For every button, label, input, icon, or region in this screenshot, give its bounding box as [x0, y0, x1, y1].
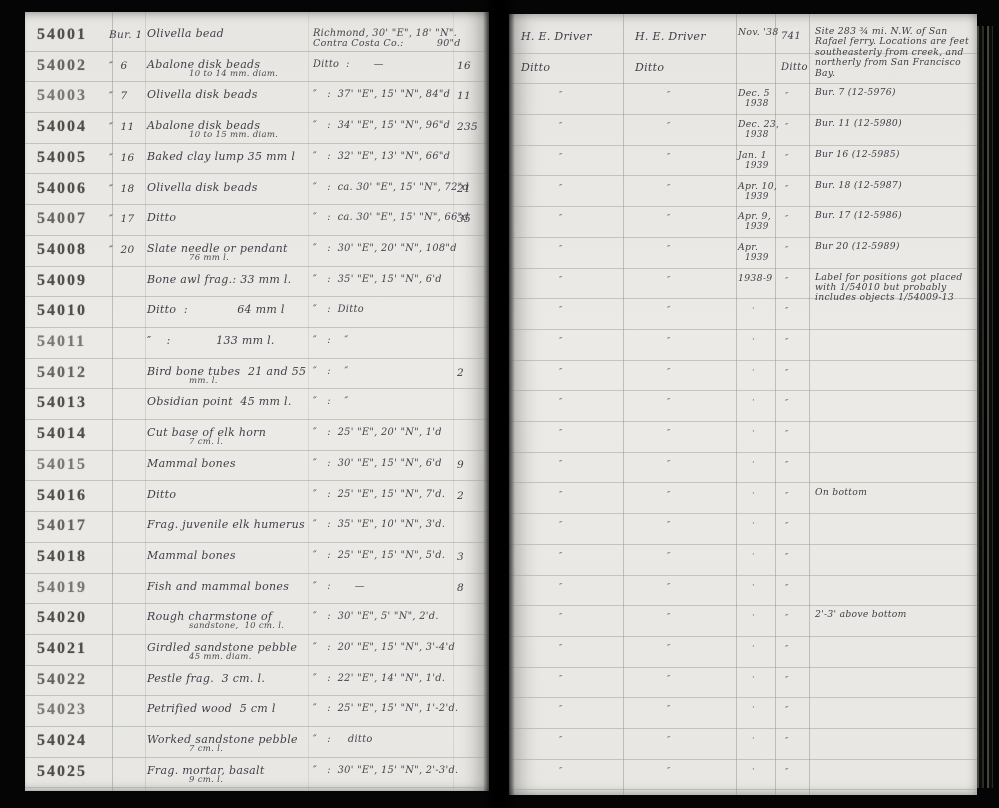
date-line1: 1938-9 — [738, 273, 773, 284]
ledger-row: H. E. DriverH. E. DriverNov. '38741Site … — [509, 22, 977, 54]
collector-cell: ″ — [521, 583, 563, 593]
locality-cell: ″ : ″ — [313, 335, 348, 345]
remarks-cell: Bur. 17 (12-5986) — [815, 211, 977, 221]
remarks-cell: On bottom — [815, 488, 977, 498]
determiner-cell: ″ — [635, 245, 671, 255]
description-cell: Slate needle or pendant76 mm l. — [147, 242, 288, 263]
accession-cell: ″ — [781, 338, 789, 348]
locality-cell: ″ : 22' "E", 14' "N", 1'd. — [313, 673, 445, 683]
count-cell: 2 — [457, 367, 464, 379]
date-line2: 1939 — [738, 192, 782, 202]
count-cell: 8 — [457, 582, 464, 594]
description-text: Olivella disk beads — [147, 181, 258, 194]
collector-cell: ″ — [521, 214, 563, 224]
locality-line1: ″ : 30' "E", 5' "N", 2'd. — [313, 611, 439, 622]
locality-line1: ″ : 37' "E", 15' "N", 84"d — [313, 89, 450, 100]
collector-cell: Ditto — [521, 61, 550, 74]
locality-cell: ″ : 35' "E", 10' "N", 3'd. — [313, 519, 445, 529]
ledger-row: ″″·″ — [509, 575, 977, 607]
collector-cell: ″ — [521, 460, 563, 470]
ledger-row: ″″Dec. 51938″Bur. 7 (12-5976) — [509, 83, 977, 115]
accession-cell: ″ — [781, 369, 789, 379]
date-line1: Dec. 23, — [738, 119, 779, 130]
collector-cell: ″ — [521, 337, 563, 347]
accession-cell: 741 — [781, 31, 801, 42]
locality-cell: Ditto : — — [313, 59, 384, 69]
ledger-row: 54019Fish and mammal bones″ : —8 — [25, 573, 489, 605]
description-text: Olivella bead — [147, 27, 224, 40]
ledger-row: ″″Apr.1939″Bur 20 (12-5989) — [509, 237, 977, 269]
ledger-row: ″″·″ — [509, 759, 977, 791]
ledger-row: ″″·″ — [509, 360, 977, 392]
ledger-row: 54013Obsidian point 45 mm l.″ : ″ — [25, 388, 489, 420]
ledger-row: 54006″ 18Olivella disk beads″ : ca. 30' … — [25, 174, 489, 206]
description-cell: Frag. mortar, basalt9 cm. l. — [147, 764, 265, 785]
accession-cell: ″ — [781, 492, 789, 502]
determiner-cell: ″ — [635, 429, 671, 439]
locality-line1: ″ : 25' "E", 15' "N", 5'd. — [313, 550, 445, 561]
specimen-number: 54023 — [37, 701, 87, 719]
locality-cell: ″ : 30' "E", 15' "N", 2'-3'd. — [313, 765, 458, 775]
locality-line1: ″ : ditto — [313, 734, 373, 745]
description-cell: Ditto : 64 mm l — [147, 303, 285, 314]
accession-cell: Ditto — [781, 62, 808, 73]
determiner-cell: ″ — [635, 214, 671, 224]
specimen-number: 54013 — [37, 394, 87, 412]
collector-cell: ″ — [521, 122, 563, 132]
description-cell: ″ : 133 mm l. — [147, 334, 275, 345]
locality-line1: ″ : ″ — [313, 335, 348, 346]
locality-line1: ″ : 30' "E", 15' "N", 2'-3'd. — [313, 765, 458, 776]
determiner-cell: ″ — [635, 460, 671, 470]
locality-line1: ″ : 30' "E", 20' "N", 108"d — [313, 243, 457, 254]
description-text: Frag. juvenile elk humerus — [147, 518, 305, 531]
specimen-number: 54012 — [37, 364, 87, 382]
date-line2: 1939 — [738, 161, 782, 171]
count-cell: 16 — [457, 60, 471, 72]
date-cell: Dec. 51938 — [738, 89, 782, 109]
description-text: Mammal bones — [147, 549, 236, 562]
accession-cell: ″ — [781, 123, 789, 133]
specimen-number: 54008 — [37, 241, 87, 259]
collector-cell: ″ — [521, 184, 563, 194]
ledger-row: ″″·″ — [509, 667, 977, 699]
date-line1: · — [752, 642, 755, 652]
locality-line1: ″ : 34' "E", 15' "N", 96"d — [313, 120, 450, 131]
description-cell: Bird bone tubes 21 and 55mm. l. — [147, 365, 306, 386]
description-text: Ditto — [147, 488, 176, 501]
description-cell: Ditto — [147, 211, 189, 222]
locality-line1: ″ : ″ — [313, 366, 348, 377]
collector-cell: ″ — [521, 245, 563, 255]
locality-cell: ″ : 30' "E", 5' "N", 2'd. — [313, 611, 439, 621]
date-line1: · — [752, 703, 755, 713]
date-line1: · — [752, 550, 755, 560]
locality-cell: ″ : 25' "E", 15' "N", 7'd. — [313, 489, 445, 499]
description-cell: Obsidian point 45 mm l. — [147, 395, 292, 406]
locality-cell: ″ : ″ — [313, 396, 348, 406]
description-cell: Olivella disk beads — [147, 181, 258, 192]
determiner-cell: ″ — [635, 583, 671, 593]
locality-cell: ″ : 34' "E", 15' "N", 96"d — [313, 120, 450, 130]
ledger-row: 54014Cut base of elk horn7 cm. l.″ : 25'… — [25, 419, 489, 451]
remarks-cell: Bur. 18 (12-5987) — [815, 181, 977, 191]
date-line1: · — [752, 489, 755, 499]
ledger-row: ″″Apr. 10,1939″Bur. 18 (12-5987) — [509, 176, 977, 208]
remarks-cell: Bur. 7 (12-5976) — [815, 88, 977, 98]
ledger-row: 54020Rough charmstone ofsandstone, 10 cm… — [25, 603, 489, 635]
collector-cell: ″ — [521, 613, 563, 623]
determiner-cell: ″ — [635, 521, 671, 531]
burial-cell: ″ 6 — [109, 60, 127, 72]
ledger-left-page: 54001Bur. 1Olivella beadRichmond, 30' "E… — [25, 12, 489, 791]
description-text: Pestle frag. 3 cm. l. — [147, 672, 265, 685]
specimen-number: 54025 — [37, 763, 87, 781]
locality-cell: ″ : Ditto — [313, 304, 364, 314]
ledger-row: ″″·″ — [509, 390, 977, 422]
burial-cell: Bur. 1 — [109, 29, 143, 41]
date-line1: · — [752, 765, 755, 775]
ledger-row: 54011″ : 133 mm l.″ : ″ — [25, 327, 489, 359]
collector-cell: ″ — [521, 491, 563, 501]
date-line1: · — [752, 366, 755, 376]
description-cell: Fish and mammal bones — [147, 580, 289, 591]
collector-cell: ″ — [521, 736, 563, 746]
date-line1: · — [752, 611, 755, 621]
ledger-row: 54003″ 7Olivella disk beads″ : 37' "E", … — [25, 81, 489, 113]
determiner-cell: H. E. Driver — [635, 30, 706, 43]
date-line1: · — [752, 673, 755, 683]
locality-line1: ″ : Ditto — [313, 304, 364, 315]
locality-cell: ″ : 30' "E", 20' "N", 108"d — [313, 243, 457, 253]
locality-line1: ″ : 30' "E", 15' "N", 6'd — [313, 458, 442, 469]
description-text: ″ : 133 mm l. — [147, 334, 275, 347]
specimen-number: 54004 — [37, 118, 87, 136]
locality-line1: ″ : — — [313, 581, 365, 592]
collector-cell: ″ — [521, 398, 563, 408]
date-cell: Apr. 9,1939 — [738, 212, 782, 232]
count-cell: 21 — [457, 183, 471, 195]
date-line1: · — [752, 427, 755, 437]
date-line1: · — [752, 458, 755, 468]
ledger-row: 54025Frag. mortar, basalt9 cm. l.″ : 30'… — [25, 757, 489, 789]
date-line1: Nov. '38 — [738, 27, 779, 38]
date-cell: Apr. 10,1939 — [738, 182, 782, 202]
date-cell: Jan. 11939 — [738, 151, 782, 171]
ledger-row: ″″Jan. 11939″Bur 16 (12-5985) — [509, 145, 977, 177]
burial-cell: ″ 20 — [109, 244, 134, 256]
description-text: Fish and mammal bones — [147, 580, 289, 593]
ledger-row: ″″·″ — [509, 452, 977, 484]
specimen-number: 54014 — [37, 425, 87, 443]
specimen-number: 54007 — [37, 210, 87, 228]
locality-line1: ″ : 35' "E", 10' "N", 3'd. — [313, 519, 445, 530]
collector-cell: ″ — [521, 306, 563, 316]
collector-cell: ″ — [521, 552, 563, 562]
description-cell: Frag. juvenile elk humerus — [147, 518, 305, 529]
locality-cell: ″ : 30' "E", 15' "N", 6'd — [313, 458, 442, 468]
collector-cell: ″ — [521, 521, 563, 531]
ledger-row: ″″·″ — [509, 544, 977, 576]
locality-line1: ″ : 20' "E", 15' "N", 3'-4'd — [313, 642, 455, 653]
accession-cell: ″ — [781, 553, 789, 563]
ledger-row: ″″·″ — [509, 728, 977, 760]
date-line1: · — [752, 581, 755, 591]
burial-cell: ″ 7 — [109, 90, 127, 102]
date-line2: 1939 — [738, 222, 782, 232]
accession-cell: ″ — [781, 645, 789, 655]
description-cell: Bone awl frag.: 33 mm l. — [147, 273, 291, 284]
ledger-row: 54002″ 6Abalone disk beads10 to 14 mm. d… — [25, 51, 489, 83]
ledger-scan: 54001Bur. 1Olivella beadRichmond, 30' "E… — [0, 0, 999, 808]
specimen-number: 54019 — [37, 579, 87, 597]
specimen-number: 54003 — [37, 87, 87, 105]
count-cell: 3 — [457, 551, 464, 563]
specimen-number: 54011 — [37, 333, 86, 351]
determiner-cell: ″ — [635, 153, 671, 163]
description-text: Bird bone tubes 21 and 55 — [147, 365, 306, 378]
locality-cell: ″ : 20' "E", 15' "N", 3'-4'd — [313, 642, 455, 652]
description-cell: Cut base of elk horn7 cm. l. — [147, 426, 266, 447]
collector-cell: ″ — [521, 276, 563, 286]
ledger-row: ″″Dec. 23,1938″Bur. 11 (12-5980) — [509, 114, 977, 146]
accession-cell: ″ — [781, 185, 789, 195]
specimen-number: 54015 — [37, 456, 87, 474]
locality-line1: Ditto : — — [313, 59, 384, 70]
collector-cell: ″ — [521, 91, 563, 101]
determiner-cell: ″ — [635, 613, 671, 623]
locality-line1: ″ : 32' "E", 13' "N", 66"d — [313, 151, 450, 162]
collector-cell: ″ — [521, 767, 563, 777]
accession-cell: ″ — [781, 92, 789, 102]
burial-cell: ″ 17 — [109, 213, 134, 225]
determiner-cell: ″ — [635, 736, 671, 746]
description-cell: Petrified wood 5 cm l — [147, 702, 276, 713]
determiner-cell: ″ — [635, 705, 671, 715]
locality-cell: ″ : 32' "E", 13' "N", 66"d — [313, 151, 450, 161]
burial-cell: ″ 18 — [109, 183, 134, 195]
date-cell: Dec. 23,1938 — [738, 120, 782, 140]
determiner-cell: ″ — [635, 675, 671, 685]
description-cell: Olivella disk beads — [147, 88, 258, 99]
ledger-row: 54004″ 11Abalone disk beads10 to 15 mm. … — [25, 112, 489, 144]
description-text: Mammal bones — [147, 457, 236, 470]
locality-line1: ″ : ca. 30' "E", 15' "N", 66"d — [313, 212, 469, 223]
ledger-row: 54016Ditto″ : 25' "E", 15' "N", 7'd.2 — [25, 481, 489, 513]
accession-cell: ″ — [781, 676, 789, 686]
remarks-cell: Bur. 11 (12-5980) — [815, 119, 977, 129]
accession-cell: ″ — [781, 706, 789, 716]
specimen-number: 54010 — [37, 302, 87, 320]
ledger-row: 54010Ditto : 64 mm l″ : Ditto — [25, 296, 489, 328]
ledger-row: ″″·″On bottom — [509, 483, 977, 515]
locality-cell: ″ : ca. 30' "E", 15' "N", 66"d — [313, 212, 469, 222]
locality-line1: ″ : 35' "E", 15' "N", 6'd — [313, 274, 442, 285]
ledger-row: ″″·″ — [509, 697, 977, 729]
locality-cell: ″ : 25' "E", 15' "N", 1'-2'd. — [313, 703, 458, 713]
date-line1: Apr. — [738, 242, 758, 253]
locality-cell: ″ : 35' "E", 15' "N", 6'd — [313, 274, 442, 284]
accession-cell: ″ — [781, 522, 789, 532]
determiner-cell: ″ — [635, 552, 671, 562]
ledger-row: 54022Pestle frag. 3 cm. l.″ : 22' "E", 1… — [25, 665, 489, 697]
determiner-cell: ″ — [635, 398, 671, 408]
ledger-row: 54021Girdled sandstone pebble45 mm. diam… — [25, 634, 489, 666]
description-text: Baked clay lump 35 mm l — [147, 150, 295, 163]
book-binding — [483, 0, 515, 808]
ledger-row: ″″Apr. 9,1939″Bur. 17 (12-5986) — [509, 206, 977, 238]
ledger-row: 54007″ 17Ditto″ : ca. 30' "E", 15' "N", … — [25, 204, 489, 236]
determiner-cell: ″ — [635, 337, 671, 347]
locality-line2: Contra Costa Co.: 90"d — [313, 38, 461, 49]
accession-cell: ″ — [781, 307, 789, 317]
collector-cell: H. E. Driver — [521, 30, 592, 43]
ledger-row: DittoDittoDitto — [509, 53, 977, 85]
date-line2: 1939 — [738, 253, 782, 263]
burial-cell: ″ 11 — [109, 121, 134, 133]
specimen-number: 54001 — [37, 26, 87, 44]
accession-cell: ″ — [781, 768, 789, 778]
accession-cell: ″ — [781, 430, 789, 440]
burial-cell: ″ 16 — [109, 152, 134, 164]
locality-line1: ″ : 25' "E", 15' "N", 7'd. — [313, 489, 445, 500]
ledger-row: 54023Petrified wood 5 cm l″ : 25' "E", 1… — [25, 695, 489, 727]
count-cell: 35 — [457, 213, 471, 225]
determiner-cell: ″ — [635, 491, 671, 501]
collector-cell: ″ — [521, 705, 563, 715]
specimen-number: 54017 — [37, 517, 87, 535]
determiner-cell: ″ — [635, 276, 671, 286]
determiner-cell: ″ — [635, 368, 671, 378]
date-line1: Apr. 10, — [738, 181, 777, 192]
date-line1: · — [752, 304, 755, 314]
specimen-number: 54020 — [37, 609, 87, 627]
determiner-cell: ″ — [635, 122, 671, 132]
ledger-row: 54017Frag. juvenile elk humerus″ : 35' "… — [25, 511, 489, 543]
accession-cell: ″ — [781, 215, 789, 225]
locality-cell: ″ : ditto — [313, 734, 373, 744]
accession-cell: ″ — [781, 154, 789, 164]
locality-cell: ″ : 25' "E", 15' "N", 5'd. — [313, 550, 445, 560]
date-line1: · — [752, 734, 755, 744]
description-text: Olivella disk beads — [147, 88, 258, 101]
specimen-number: 54006 — [37, 180, 87, 198]
description-text: Petrified wood 5 cm l — [147, 702, 276, 715]
date-line2: 1938 — [738, 130, 782, 140]
description-text: Ditto — [147, 211, 176, 224]
date-cell: Nov. '38 — [738, 28, 782, 38]
determiner-cell: ″ — [635, 91, 671, 101]
description-cell: Olivella bead — [147, 27, 224, 38]
count-cell: 235 — [457, 121, 478, 133]
description-cell: Abalone disk beads10 to 14 mm. diam. — [147, 58, 278, 79]
determiner-cell: ″ — [635, 184, 671, 194]
remarks-cell: Bur 20 (12-5989) — [815, 242, 977, 252]
locality-cell: ″ : 25' "E", 20' "N", 1'd — [313, 427, 442, 437]
accession-cell: ″ — [781, 246, 789, 256]
determiner-cell: ″ — [635, 306, 671, 316]
specimen-number: 54005 — [37, 149, 87, 167]
date-cell: 1938-9 — [738, 274, 782, 284]
ledger-row: ″″·″ — [509, 298, 977, 330]
collector-cell: ″ — [521, 644, 563, 654]
date-cell: Apr.1939 — [738, 243, 782, 263]
count-cell: 9 — [457, 459, 464, 471]
locality-line1: ″ : 25' "E", 15' "N", 1'-2'd. — [313, 703, 458, 714]
specimen-number: 54016 — [37, 487, 87, 505]
locality-line1: ″ : 25' "E", 20' "N", 1'd — [313, 427, 442, 438]
remarks-cell: Bur 16 (12-5985) — [815, 150, 977, 160]
description-cell: Girdled sandstone pebble45 mm. diam. — [147, 641, 297, 662]
description-cell: Rough charmstone ofsandstone, 10 cm. l. — [147, 610, 284, 631]
date-line1: Dec. 5 — [738, 88, 770, 99]
locality-line1: ″ : ″ — [313, 396, 348, 407]
locality-cell: Richmond, 30' "E", 18' "N".Contra Costa … — [313, 28, 461, 49]
date-line1: Jan. 1 — [738, 150, 767, 161]
count-cell: 11 — [457, 90, 471, 102]
accession-cell: ″ — [781, 399, 789, 409]
specimen-number: 54009 — [37, 272, 87, 290]
ledger-row: 54001Bur. 1Olivella beadRichmond, 30' "E… — [25, 20, 489, 52]
date-line1: · — [752, 396, 755, 406]
locality-cell: ″ : ca. 30' "E", 15' "N", 72"d — [313, 182, 469, 192]
remarks-cell: 2'-3' above bottom — [815, 610, 977, 620]
date-line1: · — [752, 335, 755, 345]
locality-line1: ″ : ca. 30' "E", 15' "N", 72"d — [313, 182, 469, 193]
description-text: Obsidian point 45 mm l. — [147, 395, 292, 408]
specimen-number: 54021 — [37, 640, 87, 658]
description-text: Ditto : 64 mm l — [147, 303, 285, 316]
description-cell: Abalone disk beads10 to 15 mm. diam. — [147, 119, 278, 140]
locality-line1: ″ : 22' "E", 14' "N", 1'd. — [313, 673, 445, 684]
locality-cell: ″ : — — [313, 581, 365, 591]
collector-cell: ″ — [521, 675, 563, 685]
ledger-row: 54015Mammal bones″ : 30' "E", 15' "N", 6… — [25, 450, 489, 482]
description-cell: Baked clay lump 35 mm l — [147, 150, 295, 161]
ledger-right-page: H. E. DriverH. E. DriverNov. '38741Site … — [509, 14, 977, 795]
date-line1: Apr. 9, — [738, 211, 771, 222]
accession-cell: ″ — [781, 277, 789, 287]
date-line2: 1938 — [738, 99, 782, 109]
locality-cell: ″ : ″ — [313, 366, 348, 376]
description-text: Bone awl frag.: 33 mm l. — [147, 273, 291, 286]
specimen-number: 54018 — [37, 548, 87, 566]
collector-cell: ″ — [521, 368, 563, 378]
accession-cell: ″ — [781, 614, 789, 624]
specimen-number: 54024 — [37, 732, 87, 750]
accession-cell: ″ — [781, 461, 789, 471]
count-cell: 2 — [457, 490, 464, 502]
description-cell: Ditto — [147, 488, 189, 499]
ledger-row: 54005″ 16Baked clay lump 35 mm l″ : 32' … — [25, 143, 489, 175]
accession-cell: ″ — [781, 737, 789, 747]
determiner-cell: Ditto — [635, 61, 664, 74]
date-line1: · — [752, 519, 755, 529]
determiner-cell: ″ — [635, 644, 671, 654]
locality-cell: ″ : 37' "E", 15' "N", 84"d — [313, 89, 450, 99]
description-cell: Mammal bones — [147, 457, 236, 468]
page-edge-stack — [977, 26, 993, 788]
ledger-row: 54012Bird bone tubes 21 and 55mm. l.″ : … — [25, 358, 489, 390]
ledger-row: ″″·″ — [509, 636, 977, 668]
determiner-cell: ″ — [635, 767, 671, 777]
ledger-row: 54024Worked sandstone pebble7 cm. l.″ : … — [25, 726, 489, 758]
ledger-row: ″″·″ — [509, 421, 977, 453]
accession-cell: ″ — [781, 584, 789, 594]
ledger-row: 54009Bone awl frag.: 33 mm l.″ : 35' "E"… — [25, 266, 489, 298]
ledger-row: ″″1938-9″Label for positions got placed … — [509, 268, 977, 300]
description-cell: Mammal bones — [147, 549, 236, 560]
